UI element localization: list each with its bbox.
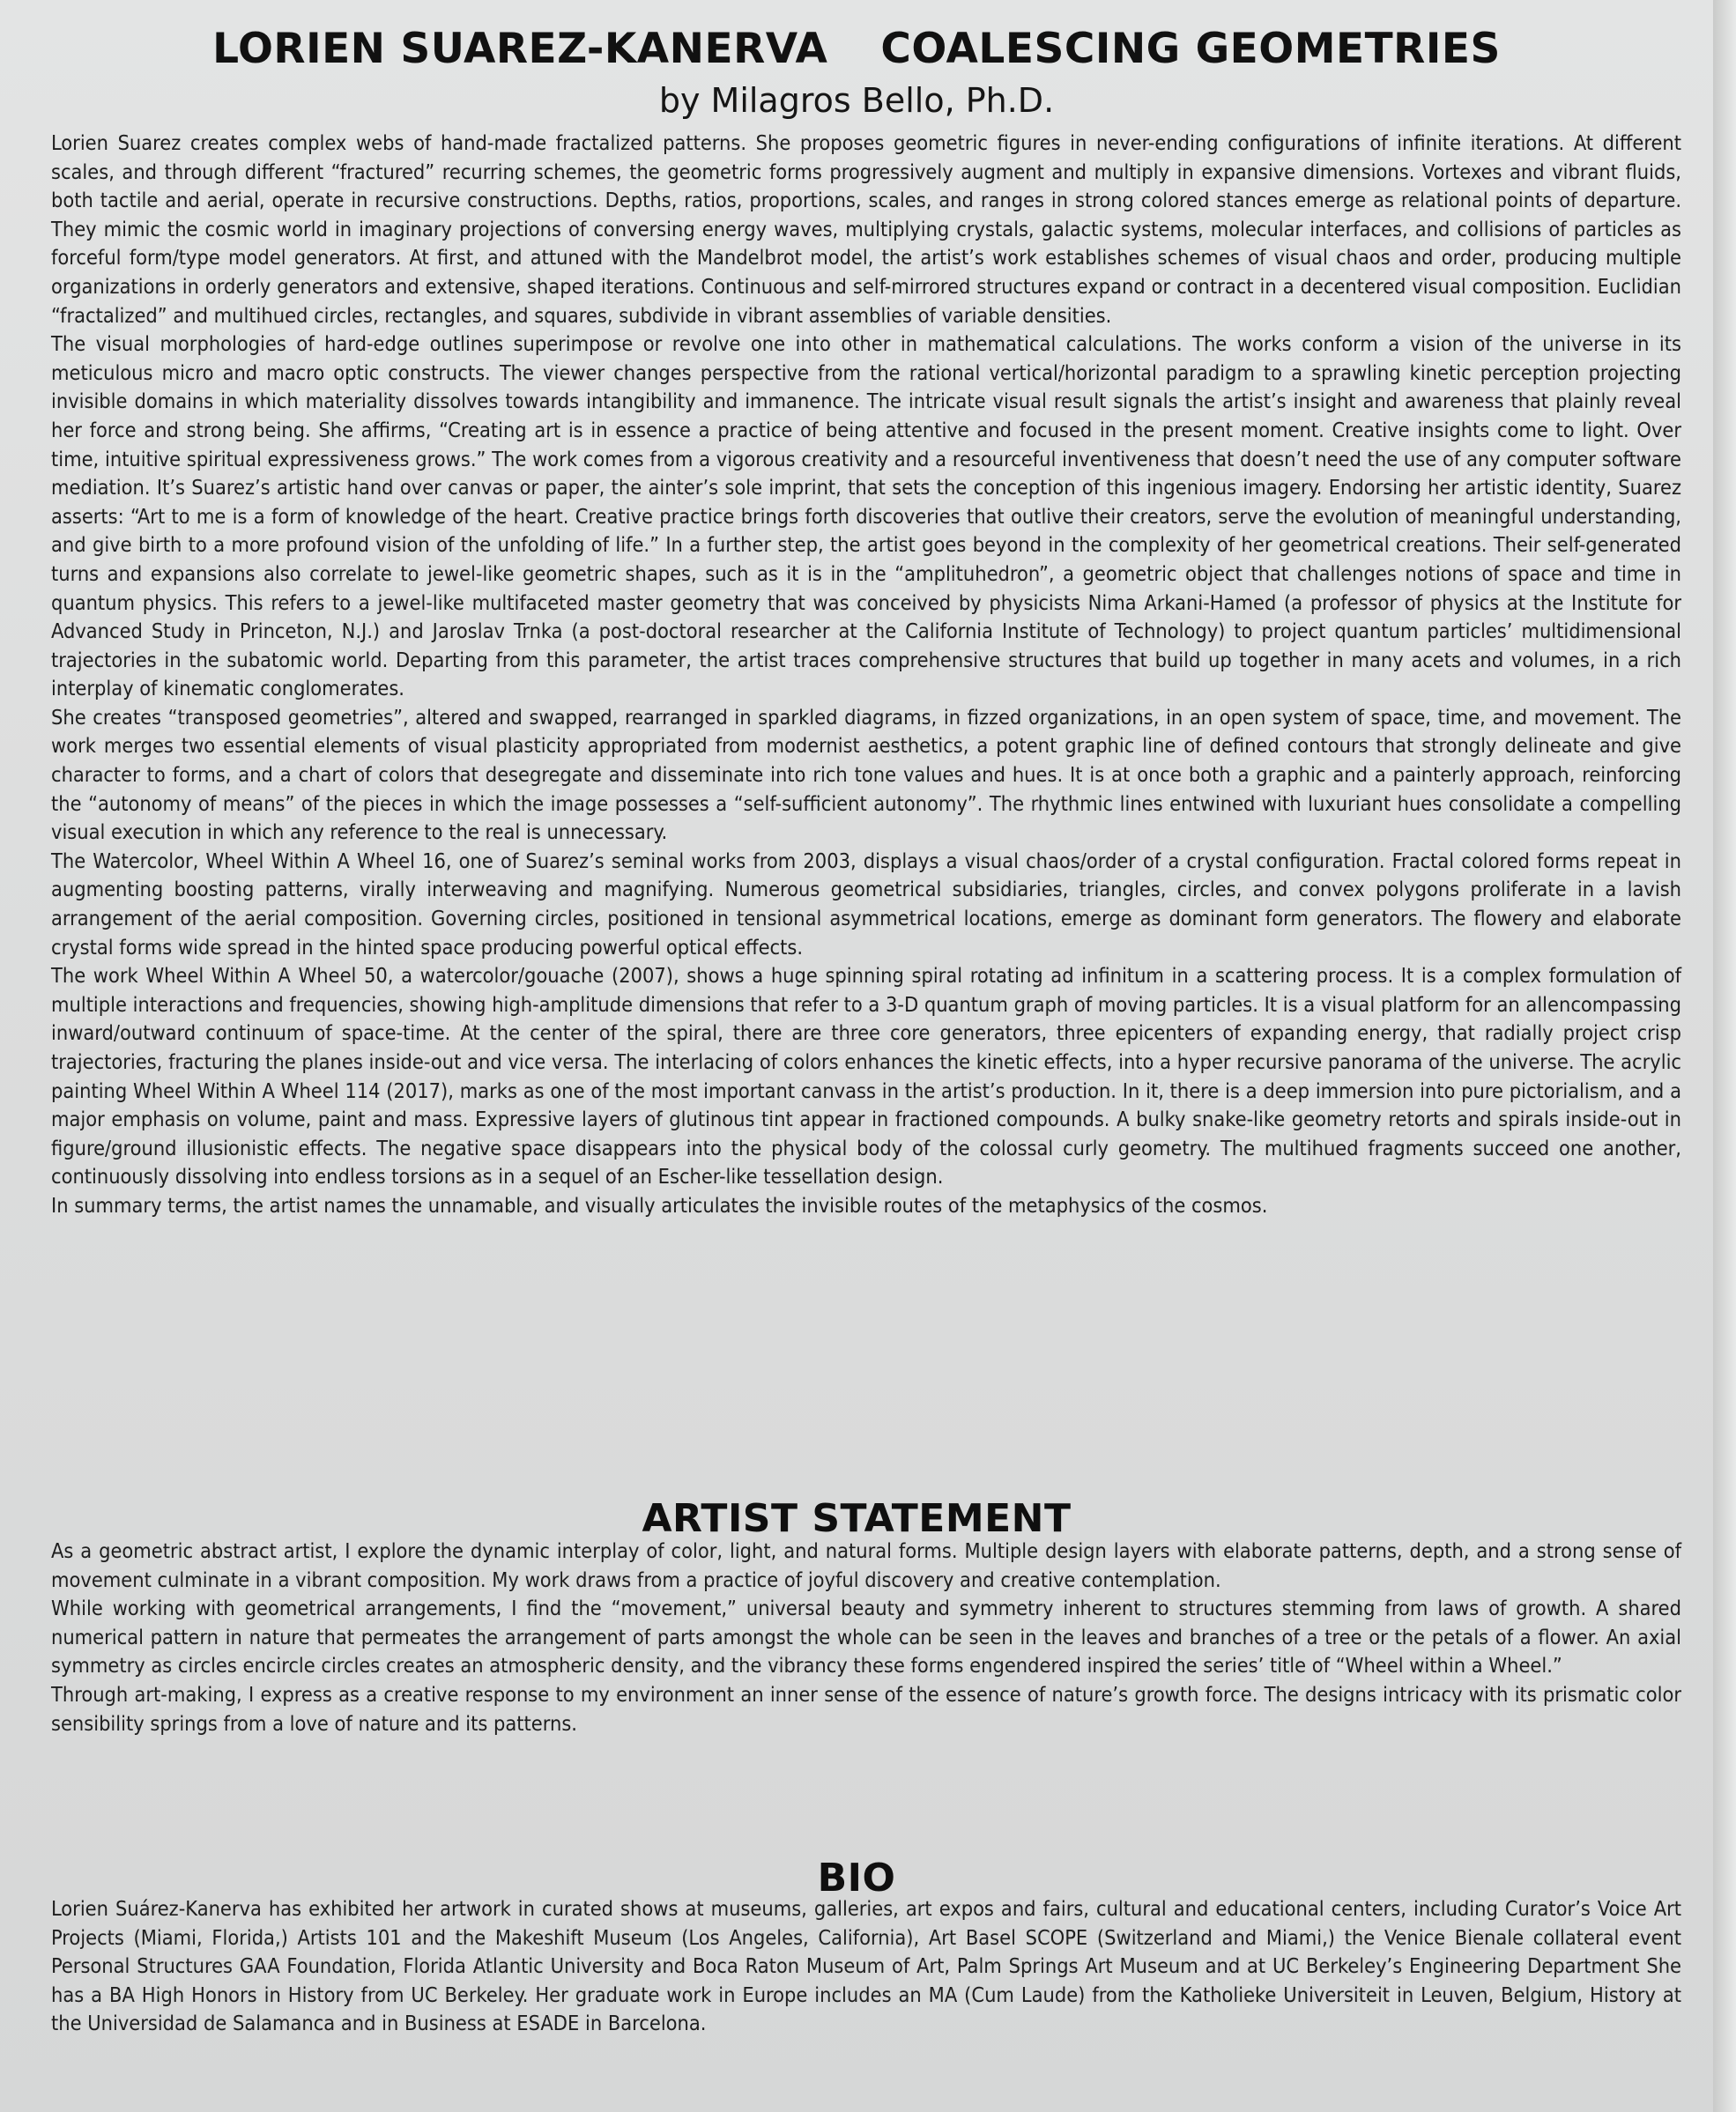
exhibition-header: LORIEN SUAREZ-KANERVACOALESCING GEOMETRI…: [0, 25, 1713, 73]
exhibition-title: COALESCING GEOMETRIES: [880, 25, 1500, 73]
bio-paragraph: Lorien Suárez-Kanerva has exhibited her …: [51, 1894, 1681, 2038]
essay-paragraph: The Watercolor, Wheel Within A Wheel 16,…: [51, 847, 1681, 961]
essay-byline: by Milagros Bello, Ph.D.: [0, 81, 1713, 120]
curatorial-essay: Lorien Suarez creates complex webs of ha…: [51, 129, 1681, 1220]
essay-paragraph: She creates “transposed geometries”, alt…: [51, 703, 1681, 847]
statement-paragraph: Through art-making, I express as a creat…: [51, 1680, 1681, 1738]
artist-name: LORIEN SUAREZ-KANERVA: [212, 25, 827, 73]
statement-paragraph: As a geometric abstract artist, I explor…: [51, 1537, 1681, 1594]
essay-paragraph: The work Wheel Within A Wheel 50, a wate…: [51, 961, 1681, 1191]
essay-paragraph: In summary terms, the artist names the u…: [51, 1191, 1681, 1220]
statement-paragraph: While working with geometrical arrangeme…: [51, 1594, 1681, 1680]
essay-paragraph: Lorien Suarez creates complex webs of ha…: [51, 129, 1681, 330]
essay-paragraph: The visual morphologies of hard-edge out…: [51, 330, 1681, 703]
artist-statement: As a geometric abstract artist, I explor…: [51, 1537, 1681, 1738]
artist-bio: Lorien Suárez-Kanerva has exhibited her …: [51, 1894, 1681, 2038]
panel-edge: [1713, 0, 1736, 2112]
artist-statement-heading: ARTIST STATEMENT: [0, 1496, 1713, 1541]
